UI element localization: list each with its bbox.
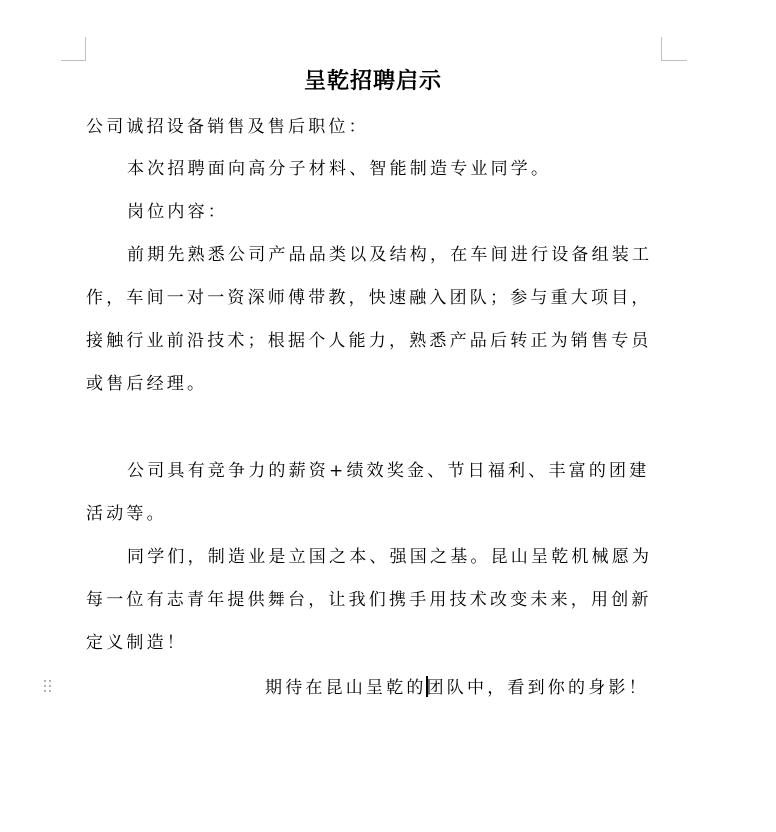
document-page: 呈乾招聘启示 公司诚招设备销售及售后职位： 本次招聘面向高分子材料、智能制造专业… xyxy=(0,0,776,832)
closing-line-2[interactable]: 每一位有志青年提供舞台，让我们携手用技术改变未来，用创新 xyxy=(86,588,652,612)
signoff-text-after-cursor: 团队中，看到你的身影！ xyxy=(427,678,649,698)
job-content-line-2[interactable]: 作，车间一对一资深师傅带教，快速融入团队；参与重大项目， xyxy=(86,286,652,310)
benefits-line-1[interactable]: 公司具有竞争力的薪资+绩效奖金、节日福利、丰富的团建 xyxy=(127,459,649,483)
margin-corner-mark-top-right xyxy=(661,37,687,61)
margin-corner-mark-top-left xyxy=(61,37,86,61)
job-content-line-1[interactable]: 前期先熟悉公司产品品类以及结构，在车间进行设备组装工 xyxy=(127,243,652,267)
signoff-text-before-cursor: 期待在昆山呈乾的 xyxy=(265,678,427,698)
job-content-line-4[interactable]: 或售后经理。 xyxy=(86,372,207,396)
paragraph-drag-handle-icon[interactable] xyxy=(44,680,54,694)
benefits-line-2[interactable]: 活动等。 xyxy=(86,502,167,526)
closing-line-3[interactable]: 定义制造！ xyxy=(86,631,187,655)
closing-line-1[interactable]: 同学们，制造业是立国之本、强国之基。昆山呈乾机械愿为 xyxy=(127,545,652,569)
job-content-heading[interactable]: 岗位内容： xyxy=(127,200,228,224)
intro-line[interactable]: 公司诚招设备销售及售后职位： xyxy=(86,115,369,139)
job-content-line-3[interactable]: 接触行业前沿技术；根据个人能力，熟悉产品后转正为销售专员 xyxy=(86,329,652,353)
target-audience-line[interactable]: 本次招聘面向高分子材料、智能制造专业同学。 xyxy=(127,157,551,181)
document-title[interactable]: 呈乾招聘启示 xyxy=(85,64,661,98)
signoff-line[interactable]: 期待在昆山呈乾的团队中，看到你的身影！ xyxy=(265,676,649,700)
